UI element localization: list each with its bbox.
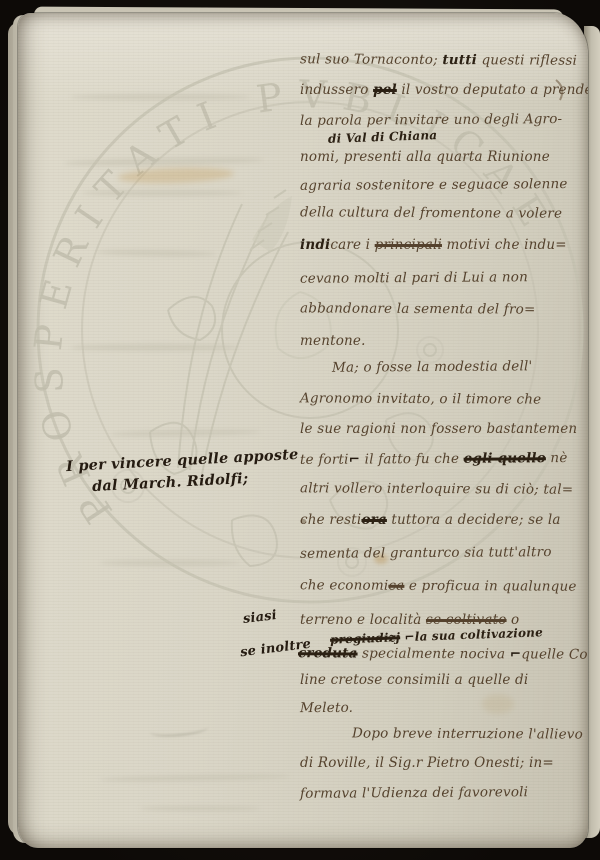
manuscript-line: sementa del granturco sia tutt'altro <box>300 544 552 562</box>
manuscript-line: formava l'Udienza dei favorevoli <box>300 784 528 802</box>
struck-text: se coltivato <box>426 612 507 628</box>
handwritten-text: tuttora a decidere; se la <box>387 512 561 528</box>
manuscript-line: Ma; o fosse la modestia dell' <box>332 358 533 375</box>
handwritten-text: Meleto. <box>300 700 353 716</box>
handwritten-text: specialmente nociva <box>358 646 510 663</box>
handwritten-text: sul suo Tornaconto; <box>300 51 442 68</box>
handwritten-text: I per vincere quelle apposte <box>66 446 299 475</box>
handwritten-text: nomi, presenti alla quarta Riunione <box>300 149 550 165</box>
manuscript-lines: sul suo Tornaconto; tutti questi rifless… <box>18 13 588 848</box>
handwritten-text: Dopo breve interruzione l'allievo <box>352 725 583 742</box>
manuscript-line: Meleto. <box>300 700 353 716</box>
manuscript-line: Dopo breve interruzione l'allievo <box>352 725 583 742</box>
handwritten-text: abbandonare la sementa del fro= <box>300 300 536 317</box>
struck-text: pregiudizj <box>330 630 401 646</box>
struck-text: egli quello <box>464 450 546 467</box>
handwritten-text: di Val di Chiana <box>328 128 438 146</box>
handwritten-text: altri vollero interloquire su di ciò; ta… <box>300 480 573 497</box>
handwritten-text: cevano molti al pari di Lui a non <box>300 269 528 287</box>
handwritten-text: Ma; o fosse la modestia dell' <box>332 358 533 375</box>
handwritten-text: te forti <box>300 452 349 468</box>
handwritten-text: quelle Col= <box>521 646 588 662</box>
manuscript-line: altri vollero interloquire su di ciò; ta… <box>300 480 573 497</box>
manuscript-line: line cretose consimili a quelle di <box>300 672 528 688</box>
margin-note: siasi <box>242 608 278 627</box>
page-content: PROSPERITATI PVBLICAE sul suo Tornac <box>18 13 588 848</box>
manuscript-line: indussero pel il vostro deputato a prend… <box>300 82 588 98</box>
handwritten-text: formava l'Udienza dei favorevoli <box>300 784 528 802</box>
manuscript-scan: PROSPERITATI PVBLICAE sul suo Tornac <box>0 0 600 860</box>
manuscript-line: abbandonare la sementa del fro= <box>300 300 536 317</box>
handwritten-text: che resti <box>300 512 361 528</box>
handwritten-text: nè <box>546 450 568 466</box>
handwritten-text: la sua coltivazione <box>415 625 544 643</box>
manuscript-line: te forti⌐ il fatto fu che egli quello nè <box>300 450 568 468</box>
handwritten-text: motivi che indu= <box>442 237 567 253</box>
handwritten-text: siasi <box>242 608 278 627</box>
manuscript-line: agraria sostenitore e seguace solenne <box>300 176 568 194</box>
handwritten-text: il fatto fu che <box>360 451 464 468</box>
handwritten-text: agraria sostenitore e seguace solenne <box>300 176 568 194</box>
struck-text: pel <box>373 82 397 98</box>
handwritten-text: sementa del granturco sia tutt'altro <box>300 544 552 562</box>
handwritten-text: Agronomo invitato, o il timore che <box>300 390 541 407</box>
manuscript-line: nomi, presenti alla quarta Riunione <box>300 149 550 165</box>
manuscript-line: creduta specialmente nociva ⌐quelle Col= <box>298 645 588 663</box>
handwritten-text: le sue ragioni non fossero bastantemen <box>300 421 577 437</box>
handwritten-text: che economi <box>300 577 388 593</box>
handwritten-text: line cretose consimili a quelle di <box>300 672 528 688</box>
handwritten-text: il vostro deputato a prendere <box>397 82 588 98</box>
interline-insertion: pregiudizj ⌐la sua coltivazione <box>330 625 543 646</box>
handwritten-text: di Roville, il Sig.r Pietro Onesti; in= <box>300 755 554 771</box>
manuscript-line: che economica e proficua in qualunque <box>300 577 577 594</box>
handwritten-text: la parola per invitare uno degli Agro- <box>300 111 562 129</box>
handwritten-text: ⌐ <box>400 630 415 645</box>
manuscript-line: cevano molti al pari di Lui a non <box>300 269 528 287</box>
handwritten-text: ⌐ <box>510 646 522 662</box>
handwritten-text: tutti <box>442 52 477 68</box>
handwritten-text: e proficua in qualunque <box>404 578 576 595</box>
manuscript-line: indicare i principali motivi che indu= <box>300 237 567 253</box>
interline-insertion: di Val di Chiana <box>328 128 438 146</box>
struck-text: ca <box>388 578 404 594</box>
manuscript-line: Agronomo invitato, o il timore che <box>300 390 541 407</box>
handwritten-text: terreno e località <box>300 612 426 628</box>
handwritten-text: care i <box>330 237 374 253</box>
handwritten-text: mentone. <box>300 333 366 349</box>
margin-note: dal March. Ridolfi; <box>92 470 249 495</box>
handwritten-text: della cultura del fromentone a volere <box>300 204 562 221</box>
handwritten-text: questi riflessi <box>477 52 577 69</box>
manuscript-line: terreno e località se coltivato o <box>300 612 519 628</box>
manuscript-line: sul suo Tornaconto; tutti questi rifless… <box>300 51 577 68</box>
manuscript-line: che restiora tuttora a decidere; se la <box>300 512 561 528</box>
manuscript-line: mentone. <box>300 333 366 349</box>
handwritten-text: dal March. Ridolfi; <box>92 470 249 495</box>
margin-note: I per vincere quelle apposte <box>66 446 299 475</box>
manuscript-line: di Roville, il Sig.r Pietro Onesti; in= <box>300 755 554 771</box>
handwritten-text: indussero <box>300 82 373 98</box>
manuscript-line: le sue ragioni non fossero bastantemen <box>300 421 577 437</box>
manuscript-line: la parola per invitare uno degli Agro- <box>300 111 562 129</box>
handwritten-text: indi <box>300 237 330 253</box>
manuscript-line: della cultura del fromentone a volere <box>300 204 562 221</box>
struck-text: ora <box>361 512 386 528</box>
struck-text: principali <box>375 237 442 253</box>
manuscript-page: PROSPERITATI PVBLICAE sul suo Tornac <box>18 13 588 848</box>
handwritten-text: ⌐ <box>349 452 361 468</box>
